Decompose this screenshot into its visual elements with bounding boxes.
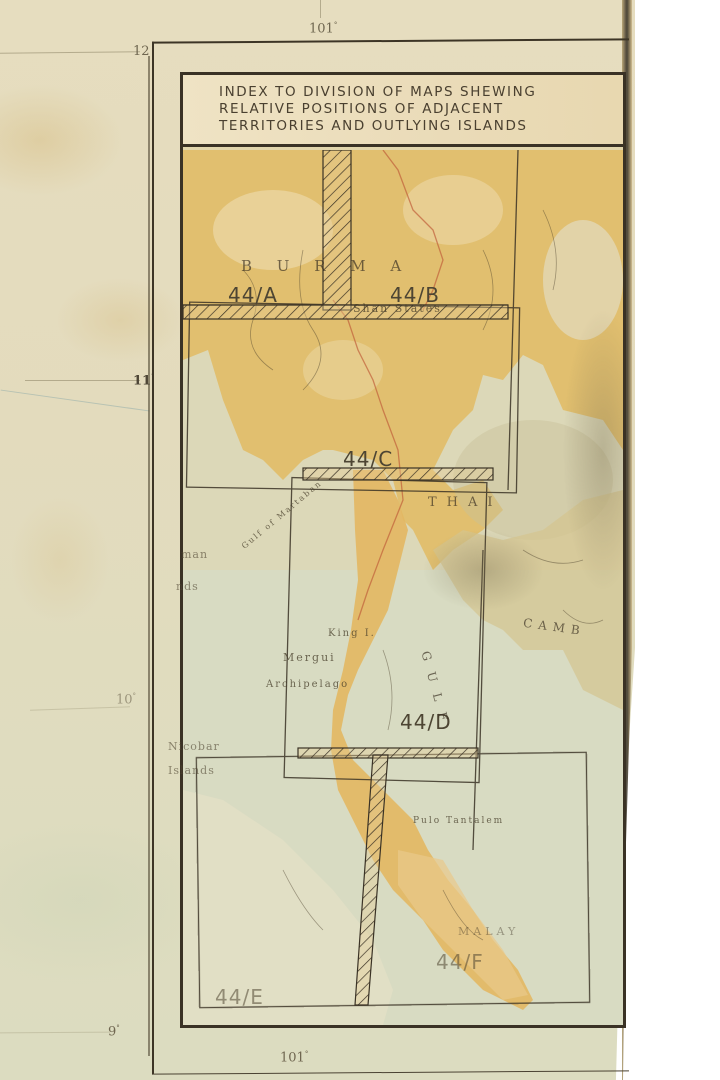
- lat-label-12: 12: [133, 44, 150, 59]
- place-islands: nds: [176, 580, 199, 593]
- index-title-box: INDEX TO DIVISION OF MAPS SHEWING RELATI…: [183, 75, 623, 147]
- index-map-graphic: [183, 150, 623, 1025]
- place-islands-2: Islands: [168, 764, 215, 777]
- title-line-2: RELATIVE POSITIONS OF ADJACENT: [219, 101, 623, 118]
- longitude-line-101: [320, 0, 321, 18]
- overlap-strip-ab: [323, 150, 351, 310]
- place-mergui: Mergui: [283, 651, 336, 664]
- title-line-3: TERRITORIES AND OUTLYING ISLANDS: [219, 118, 623, 135]
- sheet-label-44e: 44/E: [215, 985, 264, 1009]
- overlap-strip-cd: [303, 468, 493, 480]
- lon-label-top: 101°: [309, 21, 337, 36]
- place-thailand: THAI: [428, 495, 503, 510]
- lat-label-10: 10°: [116, 692, 136, 707]
- title-line-1: INDEX TO DIVISION OF MAPS SHEWING: [219, 84, 623, 101]
- overlap-strip-ac: [183, 305, 508, 319]
- index-map-area: 44/A 44/B 44/C 44/D 44/E 44/F B U R M A …: [183, 150, 623, 1025]
- sheet-label-44f: 44/F: [436, 950, 484, 974]
- latitude-line-11: [25, 380, 140, 381]
- sheet-label-44c: 44/C: [343, 447, 393, 471]
- sheet-label-44a: 44/A: [228, 283, 278, 307]
- place-pulo-tantalem: Pulo Tantalem: [413, 816, 504, 826]
- index-map-panel: INDEX TO DIVISION OF MAPS SHEWING RELATI…: [180, 72, 626, 1028]
- place-malay: MALAY: [458, 925, 519, 938]
- place-nicobar: Nicobar: [168, 740, 220, 753]
- place-shan-states: Shan States: [353, 302, 442, 315]
- place-kingi: King I.: [328, 628, 376, 639]
- place-burma: B U R M A: [241, 257, 411, 275]
- place-archipelago: Archipelago: [266, 679, 349, 690]
- lat-label-9: 9°: [108, 1024, 120, 1039]
- place-andaman: man: [181, 548, 208, 561]
- margin-rule-line: [148, 56, 150, 1056]
